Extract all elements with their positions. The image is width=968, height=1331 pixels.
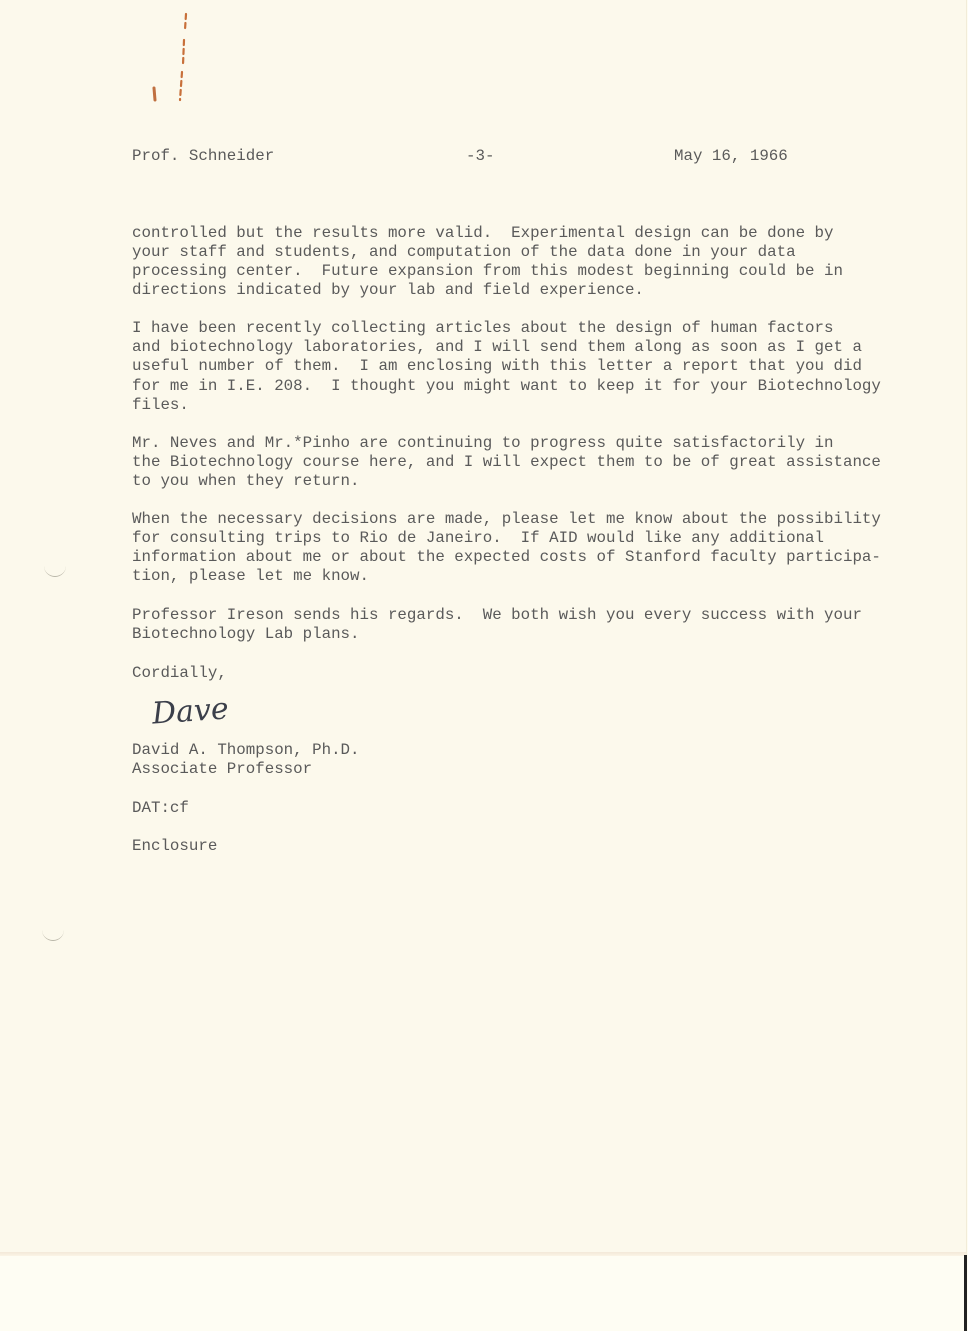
body-line: controlled but the results more valid. E… [132, 224, 834, 242]
body-line: Mr. Neves and Mr.*Pinho are continuing t… [132, 434, 834, 452]
signer-name: David A. Thompson, Ph.D. [132, 741, 360, 759]
body-line: and biotechnology laboratories, and I wi… [132, 338, 862, 356]
body-line: files. [132, 396, 189, 414]
body-line: for consulting trips to Rio de Janeiro. … [132, 529, 824, 547]
body-line: When the necessary decisions are made, p… [132, 510, 881, 528]
body-line: useful number of them. I am enclosing wi… [132, 357, 862, 375]
body-line: Professor Ireson sends his regards. We b… [132, 606, 862, 624]
body-line: directions indicated by your lab and fie… [132, 281, 644, 299]
body-line: tion, please let me know. [132, 567, 369, 585]
body-line: for me in I.E. 208. I thought you might … [132, 377, 881, 395]
pencil-mark-icon [148, 10, 198, 110]
recipient-header: Prof. Schneider [132, 147, 274, 165]
salutation: Cordially, [132, 664, 227, 682]
signer-title: Associate Professor [132, 760, 312, 778]
body-line: the Biotechnology course here, and I wil… [132, 453, 881, 471]
page-number: -3- [466, 147, 494, 165]
body-line: I have been recently collecting articles… [132, 319, 834, 337]
scan-edge-shadow [964, 1255, 967, 1331]
body-line: your staff and students, and computation… [132, 243, 796, 261]
paper-bottom-edge [0, 1252, 966, 1256]
body-line: information about me or about the expect… [132, 548, 881, 566]
body-line: to you when they return. [132, 472, 360, 490]
reference-initials: DAT:cf [132, 799, 189, 817]
enclosure-note: Enclosure [132, 837, 217, 855]
letter-date: May 16, 1966 [674, 147, 788, 165]
body-line: processing center. Future expansion from… [132, 262, 843, 280]
body-line: Biotechnology Lab plans. [132, 625, 360, 643]
handwritten-signature: Dave [151, 691, 230, 731]
